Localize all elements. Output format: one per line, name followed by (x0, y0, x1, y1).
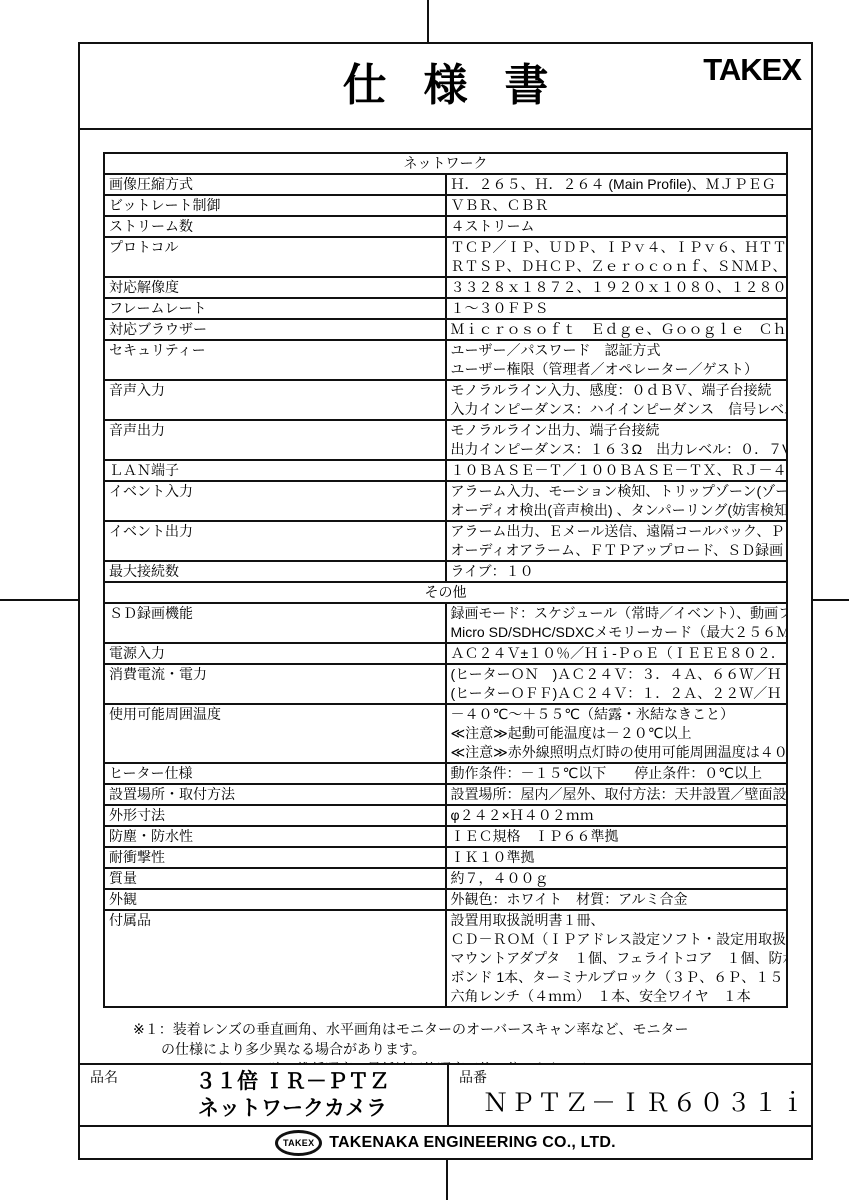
spec-label: 対応ブラウザー (104, 319, 446, 340)
spec-label: フレームレート (104, 298, 446, 319)
spec-label: 音声入力 (104, 380, 446, 420)
spec-row: 最大接続数ライブ：１０ (104, 561, 787, 582)
footnote: ※１：装着レンズの垂直画角、水平画角はモニターのオーバースキャン率など、モニター… (133, 1019, 811, 1059)
spec-label: 付属品 (104, 910, 446, 1007)
section-header: その他 (104, 582, 787, 603)
spec-value: ユーザー／パスワード 認証方式 ユーザー権限（管理者／オペレーター／ゲスト） (446, 340, 788, 380)
spec-value: 約７，４００ｇ (446, 868, 788, 889)
spec-label: 使用可能周囲温度 (104, 704, 446, 763)
spec-label: イベント入力 (104, 481, 446, 521)
spec-label: ビットレート制御 (104, 195, 446, 216)
fold-mark-right (813, 599, 849, 601)
spec-sheet: 仕 様 書 TAKEX ネットワーク画像圧縮方式Ｈ．２６５、Ｈ．２６４ (Mai… (78, 42, 813, 1160)
spec-value: ＩＫ１０準拠 (446, 847, 788, 868)
spec-row: 画像圧縮方式Ｈ．２６５、Ｈ．２６４ (Main Profile)、ＭＪＰＥＧ (104, 174, 787, 195)
spec-table-body: ネットワーク画像圧縮方式Ｈ．２６５、Ｈ．２６４ (Main Profile)、Ｍ… (104, 153, 787, 1007)
spec-row: ＳＤ録画機能録画モード：スケジュール（常時／イベント）、動画ファイル：ＡＶＩ形式… (104, 603, 787, 643)
spec-row: 音声入力モノラルライン入力、感度：０ｄＢＶ、端子台接続 入力インピーダンス：ハイ… (104, 380, 787, 420)
spec-row: イベント出力アラーム出力、Ｅメール送信、遠隔コールバック、ＰＴＺ移動、 オーディ… (104, 521, 787, 561)
spec-row: 音声出力モノラルライン出力、端子台接続 出力インピーダンス：１６３Ω 出力レベル… (104, 420, 787, 460)
spec-value: φ２４２×Ｈ４０２ｍｍ (446, 805, 788, 826)
section-header: ネットワーク (104, 153, 787, 174)
spec-value: アラーム出力、Ｅメール送信、遠隔コールバック、ＰＴＺ移動、 オーディオアラーム、… (446, 521, 788, 561)
spec-label: 消費電流・電力 (104, 664, 446, 704)
spec-label: ヒーター仕様 (104, 763, 446, 784)
spec-label: ストリーム数 (104, 216, 446, 237)
spec-value: －４０℃～＋５５℃（結露・氷結なきこと） ≪注意≫起動可能温度は－２０℃以上 ≪… (446, 704, 788, 763)
fold-mark-top (427, 0, 429, 42)
spec-row: 外形寸法φ２４２×Ｈ４０２ｍｍ (104, 805, 787, 826)
spec-row: 設置場所・取付方法設置場所：屋内／屋外、取付方法：天井設置／壁面設置 (104, 784, 787, 805)
spec-label: 電源入力 (104, 643, 446, 664)
spec-label: ＳＤ録画機能 (104, 603, 446, 643)
spec-label: 画像圧縮方式 (104, 174, 446, 195)
spec-value: ４ストリーム (446, 216, 788, 237)
spec-value: ライブ：１０ (446, 561, 788, 582)
spec-row: ビットレート制御ＶＢＲ、ＣＢＲ (104, 195, 787, 216)
spec-label: 対応解像度 (104, 277, 446, 298)
title-band: 仕 様 書 TAKEX (80, 44, 811, 130)
product-name-value: ３１倍 ＩＲ－ＰＴＺ ネットワークカメラ (80, 1065, 447, 1125)
spec-value: Ｈ．２６５、Ｈ．２６４ (Main Profile)、ＭＪＰＥＧ (446, 174, 788, 195)
spec-label: 外観 (104, 889, 446, 910)
fold-mark-left (0, 599, 78, 601)
spec-label: 質量 (104, 868, 446, 889)
spec-label: プロトコル (104, 237, 446, 277)
takex-oval-logo: TAKEX (275, 1130, 322, 1156)
spec-row: 対応ブラウザーＭｉｃｒｏｓｏｆｔ Ｅｄｇｅ、Ｇｏｏｇｌｅ Ｃｈｒｏｍｅ (104, 319, 787, 340)
company-name: TAKENAKA ENGINEERING CO., LTD. (329, 1134, 616, 1152)
spec-value: ＩＥＣ規格 ＩＰ６６準拠 (446, 826, 788, 847)
spec-row: ヒーター仕様動作条件：－１５℃以下 停止条件：０℃以上 (104, 763, 787, 784)
fold-mark-bottom (446, 1160, 448, 1200)
spec-label: 耐衝撃性 (104, 847, 446, 868)
spec-row: 対応解像度３３２８ｘ１８７２、１９２０ｘ１０８０、１２８０ｘ７２０、６４０ｘ３６… (104, 277, 787, 298)
page-title: 仕 様 書 (330, 64, 560, 108)
footer-band: TAKEX TAKENAKA ENGINEERING CO., LTD. (80, 1125, 811, 1158)
footnotes: ※１：装着レンズの垂直画角、水平画角はモニターのオーバースキャン率など、モニター… (133, 1019, 811, 1063)
spec-label: イベント出力 (104, 521, 446, 561)
spec-value: １～３０ＦＰＳ (446, 298, 788, 319)
spec-label: 防塵・防水性 (104, 826, 446, 847)
spec-label: 設置場所・取付方法 (104, 784, 446, 805)
footnote: ※２：フリッカーレス時は推奨照度と最低被写体照度が約２倍となります。 (133, 1059, 811, 1063)
spec-row: プロトコルＴＣＰ／ＩＰ、ＵＤＰ、ＩＰｖ４、ＩＰｖ６、ＨＴＴＰ、ＨＴＴＰＳ、ＵＰｎ… (104, 237, 787, 277)
spec-label: セキュリティー (104, 340, 446, 380)
spec-row: 付属品設置用取扱説明書１冊、 ＣＤ－ＲＯＭ（ＩＰアドレス設定ソフト・設定用取扱説… (104, 910, 787, 1007)
spec-value: ３３２８ｘ１８７２、１９２０ｘ１０８０、１２８０ｘ７２０、６４０ｘ３６０ (446, 277, 788, 298)
spec-value: ＶＢＲ、ＣＢＲ (446, 195, 788, 216)
product-band: 品名 ３１倍 ＩＲ－ＰＴＺ ネットワークカメラ 品番 ＮＰＴＺ－ＩＲ６０３１ｉ (80, 1063, 811, 1125)
spec-table: ネットワーク画像圧縮方式Ｈ．２６５、Ｈ．２６４ (Main Profile)、Ｍ… (103, 152, 788, 1008)
spec-label: 外形寸法 (104, 805, 446, 826)
spec-value: (ヒーターＯＮ )ＡＣ２４Ｖ：３．４Ａ、６６Ｗ／Ｈｉ-ＰｏＥ：６０Ｗ (ヒーター… (446, 664, 788, 704)
spec-row: フレームレート１～３０ＦＰＳ (104, 298, 787, 319)
spec-row: ＬＡＮ端子１０ＢＡＳＥ－Ｔ／１００ＢＡＳＥ－ＴＸ、ＲＪ－４５ (104, 460, 787, 481)
spec-label: 音声出力 (104, 420, 446, 460)
product-number-label: 品番 (459, 1070, 487, 1085)
spec-value: 動作条件：－１５℃以下 停止条件：０℃以上 (446, 763, 788, 784)
spec-row: セキュリティーユーザー／パスワード 認証方式 ユーザー権限（管理者／オペレーター… (104, 340, 787, 380)
spec-row: イベント入力アラーム入力、モーション検知、トリップゾーン(ゾーン出入り検知)、 … (104, 481, 787, 521)
spec-value: Ｍｉｃｒｏｓｏｆｔ Ｅｄｇｅ、Ｇｏｏｇｌｅ Ｃｈｒｏｍｅ (446, 319, 788, 340)
spec-value: 録画モード：スケジュール（常時／イベント）、動画ファイル：ＡＶＩ形式 Micro… (446, 603, 788, 643)
spec-row: ストリーム数４ストリーム (104, 216, 787, 237)
spec-value: 外観色：ホワイト 材質：アルミ合金 (446, 889, 788, 910)
spec-row: 電源入力ＡＣ２４Ｖ±１０％／Ｈｉ-ＰｏＥ（ＩＥＥＥ８０２．３ｂｔ） (104, 643, 787, 664)
spec-label: ＬＡＮ端子 (104, 460, 446, 481)
spec-row: 使用可能周囲温度－４０℃～＋５５℃（結露・氷結なきこと） ≪注意≫起動可能温度は… (104, 704, 787, 763)
spec-row: 外観外観色：ホワイト 材質：アルミ合金 (104, 889, 787, 910)
product-name-label: 品名 (90, 1070, 118, 1085)
product-number-cell: 品番 ＮＰＴＺ－ＩＲ６０３１ｉ (449, 1065, 811, 1125)
spec-value: ＡＣ２４Ｖ±１０％／Ｈｉ-ＰｏＥ（ＩＥＥＥ８０２．３ｂｔ） (446, 643, 788, 664)
spec-value: 設置用取扱説明書１冊、 ＣＤ－ＲＯＭ（ＩＰアドレス設定ソフト・設定用取扱説明書）… (446, 910, 788, 1007)
spec-row: 質量約７，４００ｇ (104, 868, 787, 889)
spec-row: 消費電流・電力(ヒーターＯＮ )ＡＣ２４Ｖ：３．４Ａ、６６Ｗ／Ｈｉ-ＰｏＥ：６０… (104, 664, 787, 704)
product-number-value: ＮＰＴＺ－ＩＲ６０３１ｉ (449, 1065, 811, 1125)
spec-value: アラーム入力、モーション検知、トリップゾーン(ゾーン出入り検知)、 オーディオ検… (446, 481, 788, 521)
spec-body: ネットワーク画像圧縮方式Ｈ．２６５、Ｈ．２６４ (Main Profile)、Ｍ… (80, 130, 811, 1063)
spec-value: １０ＢＡＳＥ－Ｔ／１００ＢＡＳＥ－ＴＸ、ＲＪ－４５ (446, 460, 788, 481)
takex-wordmark-logo: TAKEX (703, 52, 801, 88)
spec-value: 設置場所：屋内／屋外、取付方法：天井設置／壁面設置 (446, 784, 788, 805)
product-name-cell: 品名 ３１倍 ＩＲ－ＰＴＺ ネットワークカメラ (80, 1065, 449, 1125)
spec-label: 最大接続数 (104, 561, 446, 582)
spec-value: モノラルライン入力、感度：０ｄＢＶ、端子台接続 入力インピーダンス：ハイインピー… (446, 380, 788, 420)
spec-row: 耐衝撃性ＩＫ１０準拠 (104, 847, 787, 868)
spec-value: モノラルライン出力、端子台接続 出力インピーダンス：１６３Ω 出力レベル：０．７… (446, 420, 788, 460)
spec-value: ＴＣＰ／ＩＰ、ＵＤＰ、ＩＰｖ４、ＩＰｖ６、ＨＴＴＰ、ＨＴＴＰＳ、ＵＰｎＰ、 ＲＴ… (446, 237, 788, 277)
spec-row: 防塵・防水性ＩＥＣ規格 ＩＰ６６準拠 (104, 826, 787, 847)
